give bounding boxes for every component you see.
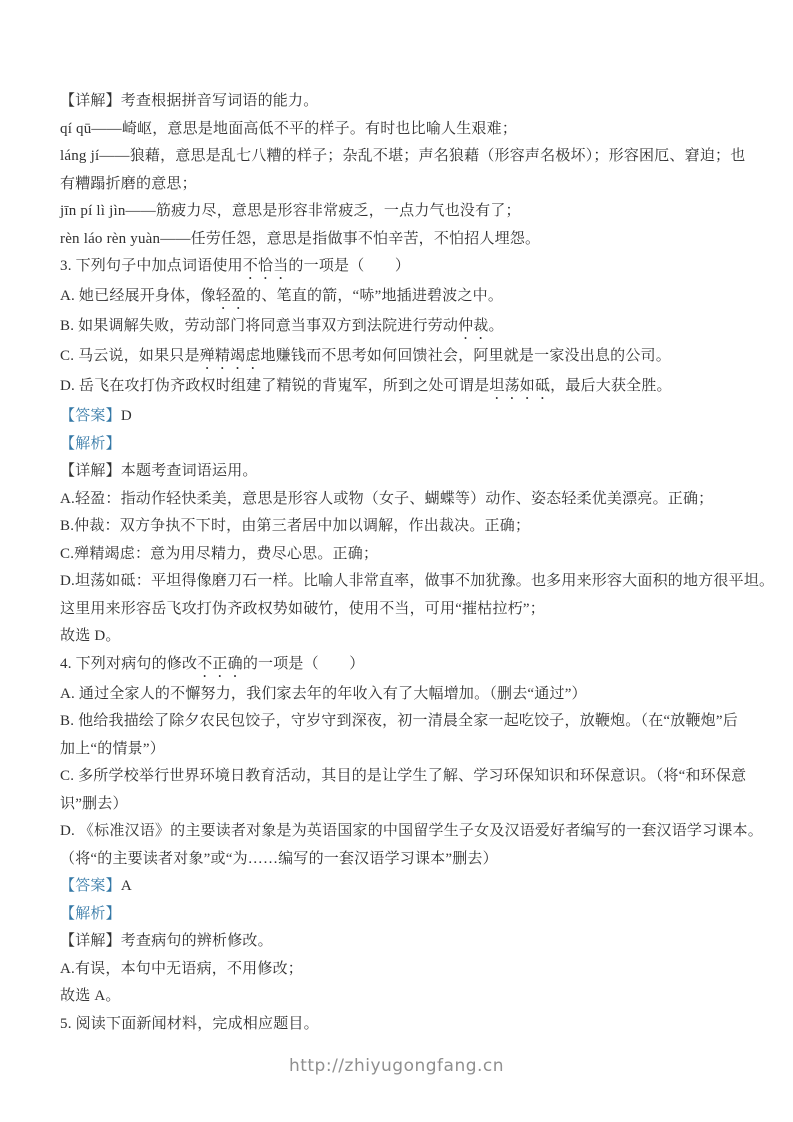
text-run: 的一项是（ ） [288, 258, 410, 274]
pinyin-jinpilijin: jīn pí lì jìn——筋疲力尽，意思是形容非常疲乏，一点力气也没有了； [60, 198, 735, 226]
detail-pinyin-intro: 【详解】考查根据拼音写词语的能力。 [60, 88, 735, 116]
q3-explain-c: C.殚精竭虑：意为用尽精力，费尽心思。正确； [60, 541, 735, 569]
q4-option-d-2: （将“的主要读者对象”或“为……编写的一套汉语学习课本”删去） [60, 846, 735, 874]
q4-answer: 【答案】A [60, 873, 735, 901]
q3-explain-d-2: 这里用来形容岳飞攻打伪齐政权势如破竹，使用不当，可用“摧枯拉朽”； [60, 596, 735, 624]
text-run: C. 多所学校举行世界环境日教育活动，其目的是让学生了解、学习环保知识和环保意识… [60, 768, 746, 784]
q4-option-c-2: 识”删去） [60, 791, 735, 819]
text-run: A. 通过全家人的不懈努力，我们家去年的年收入有了大幅增加。（删去“通过”） [60, 686, 587, 702]
question-4-stem: 4. 下列对病句的修改不正确的一项是（ ） [60, 651, 735, 681]
emphasis-dotted-term: 坦荡如砥 [489, 378, 550, 394]
q3-answer: 【答案】D [60, 403, 735, 431]
exam-answer-body: 【详解】考查根据拼音写词语的能力。qí qū——崎岖，意思是地面高低不平的样子。… [60, 88, 735, 1038]
text-run: 3. 下列句子中加点词语使用 [60, 258, 243, 274]
text-run: B.仲裁：双方争执不下时，由第三者居中加以调解，作出裁决。正确； [60, 518, 530, 534]
text-run: 5. 阅读下面新闻材料，完成相应题目。 [60, 1016, 319, 1032]
emphasis-dotted-term: 不正确 [197, 656, 243, 672]
text-run: 【详解】考查病句的辨析修改。 [60, 933, 273, 949]
pinyin-langji-1: láng jí——狼藉，意思是乱七八糟的样子；杂乱不堪；声名狼藉（形容声名极坏）… [60, 143, 735, 171]
text-run: 有糟蹋折磨的意思； [60, 176, 197, 192]
q3-option-b: B. 如果调解失败，劳动部门将同意当事双方到法院进行劳动仲裁。 [60, 313, 735, 343]
text-run: D. 岳飞在攻打伪齐政权时组建了精锐的背嵬军，所到之处可谓是 [60, 378, 489, 394]
emphasis-dotted-term: 殚精竭虑 [200, 348, 261, 364]
text-run: 故选 A。 [60, 988, 121, 1004]
text-run: 4. 下列对病句的修改 [60, 656, 197, 672]
text-run: C.殚精竭虑：意为用尽精力，费尽心思。正确； [60, 546, 378, 562]
text-run: C. 马云说，如果只是 [60, 348, 200, 364]
question-3-stem: 3. 下列句子中加点词语使用不恰当的一项是（ ） [60, 253, 735, 283]
q4-explain-a: A.有误，本句中无语病，不用修改； [60, 956, 735, 984]
q4-detail-intro: 【详解】考查病句的辨析修改。 [60, 928, 735, 956]
q3-option-c: C. 马云说，如果只是殚精竭虑地赚钱而不思考如何回馈社会，阿里就是一家没出息的公… [60, 343, 735, 373]
document-page: { "page": { "background": "#ffffff", "te… [0, 0, 793, 1122]
q3-analysis-label: 【解析】 [60, 431, 735, 459]
q3-conclusion: 故选 D。 [60, 623, 735, 651]
q4-option-b-1: B. 他给我描绘了除夕农民包饺子，守岁守到深夜，初一清晨全家一起吃饺子，放鞭炮。… [60, 708, 735, 736]
text-run: 。 [489, 318, 504, 334]
answer-bracket-label: 【解析】 [60, 436, 121, 452]
text-run: D.坦荡如砥：平坦得像磨刀石一样。比喻人非常直率，做事不加犹豫。也多用来形容大面… [60, 573, 774, 589]
watermark-url: http://zhiyugongfang.cn [0, 1054, 793, 1078]
q4-option-d-1: D. 《标准汉语》的主要读者对象是为英语国家的中国留学生子女及汉语爱好者编写的一… [60, 818, 735, 846]
answer-bracket-label: 【解析】 [60, 906, 121, 922]
text-run: 地赚钱而不思考如何回馈社会，阿里就是一家没出息的公司。 [261, 348, 671, 364]
text-run: qí qū——崎岖，意思是地面高低不平的样子。有时也比喻人生艰难； [60, 121, 517, 137]
q4-conclusion: 故选 A。 [60, 983, 735, 1011]
emphasis-dotted-term: 轻盈 [216, 288, 246, 304]
q3-detail-intro: 【详解】本题考查词语运用。 [60, 458, 735, 486]
emphasis-dotted-term: 仲裁 [458, 318, 488, 334]
text-run: jīn pí lì jìn——筋疲力尽，意思是形容非常疲乏，一点力气也没有了； [60, 203, 521, 219]
q4-option-a: A. 通过全家人的不懈努力，我们家去年的年收入有了大幅增加。（删去“通过”） [60, 681, 735, 709]
q4-option-c-1: C. 多所学校举行世界环境日教育活动，其目的是让学生了解、学习环保知识和环保意识… [60, 763, 735, 791]
text-run: 【详解】本题考查词语运用。 [60, 463, 258, 479]
q3-option-d: D. 岳飞在攻打伪齐政权时组建了精锐的背嵬军，所到之处可谓是坦荡如砥，最后大获全… [60, 373, 735, 403]
text-run: 的、笔直的箭，“哧”地插进碧波之中。 [246, 288, 503, 304]
q3-explain-a: A.轻盈：指动作轻快柔美，意思是形容人或物（女子、蝴蝶等）动作、姿态轻柔优美漂亮… [60, 486, 735, 514]
text-run: láng jí——狼藉，意思是乱七八糟的样子；杂乱不堪；声名狼藉（形容声名极坏）… [60, 148, 745, 164]
text-run: 识”删去） [60, 796, 128, 812]
q4-option-b-2: 加上“的情景”） [60, 736, 735, 764]
text-run: B. 他给我描绘了除夕农民包饺子，守岁守到深夜，初一清晨全家一起吃饺子，放鞭炮。… [60, 713, 738, 729]
pinyin-qiqu: qí qū——崎岖，意思是地面高低不平的样子。有时也比喻人生艰难； [60, 116, 735, 144]
q3-explain-b: B.仲裁：双方争执不下时，由第三者居中加以调解，作出裁决。正确； [60, 513, 735, 541]
pinyin-renlaorenyuan: rèn láo rèn yuàn——任劳任怨，意思是指做事不怕辛苦，不怕招人埋怨… [60, 226, 735, 254]
answer-bracket-label: 【答案】 [60, 878, 121, 894]
text-run: ，最后大获全胜。 [550, 378, 672, 394]
text-run: （将“的主要读者对象”或“为……编写的一套汉语学习课本”删去） [60, 851, 498, 867]
text-run: 的一项是（ ） [243, 656, 365, 672]
text-run: rèn láo rèn yuàn——任劳任怨，意思是指做事不怕辛苦，不怕招人埋怨… [60, 231, 540, 247]
text-run: D [121, 408, 132, 424]
pinyin-langji-2: 有糟蹋折磨的意思； [60, 171, 735, 199]
text-run: A. 她已经展开身体，像 [60, 288, 216, 304]
q4-analysis-label: 【解析】 [60, 901, 735, 929]
text-run: A.轻盈：指动作轻快柔美，意思是形容人或物（女子、蝴蝶等）动作、姿态轻柔优美漂亮… [60, 491, 713, 507]
text-run: B. 如果调解失败，劳动部门将同意当事双方到法院进行劳动 [60, 318, 458, 334]
text-run: A [121, 878, 132, 894]
q3-option-a: A. 她已经展开身体，像轻盈的、笔直的箭，“哧”地插进碧波之中。 [60, 283, 735, 313]
emphasis-dotted-term: 不恰当 [243, 258, 289, 274]
text-run: 故选 D。 [60, 628, 121, 644]
text-run: 【详解】考查根据拼音写词语的能力。 [60, 93, 318, 109]
text-run: 加上“的情景”） [60, 741, 165, 757]
text-run: A.有误，本句中无语病，不用修改； [60, 961, 303, 977]
text-run: 这里用来形容岳飞攻打伪齐政权势如破竹，使用不当，可用“摧枯拉朽”； [60, 601, 545, 617]
text-run: D. 《标准汉语》的主要读者对象是为英语国家的中国留学生子女及汉语爱好者编写的一… [60, 823, 763, 839]
answer-bracket-label: 【答案】 [60, 408, 121, 424]
question-5-stem: 5. 阅读下面新闻材料，完成相应题目。 [60, 1011, 735, 1039]
q3-explain-d-1: D.坦荡如砥：平坦得像磨刀石一样。比喻人非常直率，做事不加犹豫。也多用来形容大面… [60, 568, 735, 596]
